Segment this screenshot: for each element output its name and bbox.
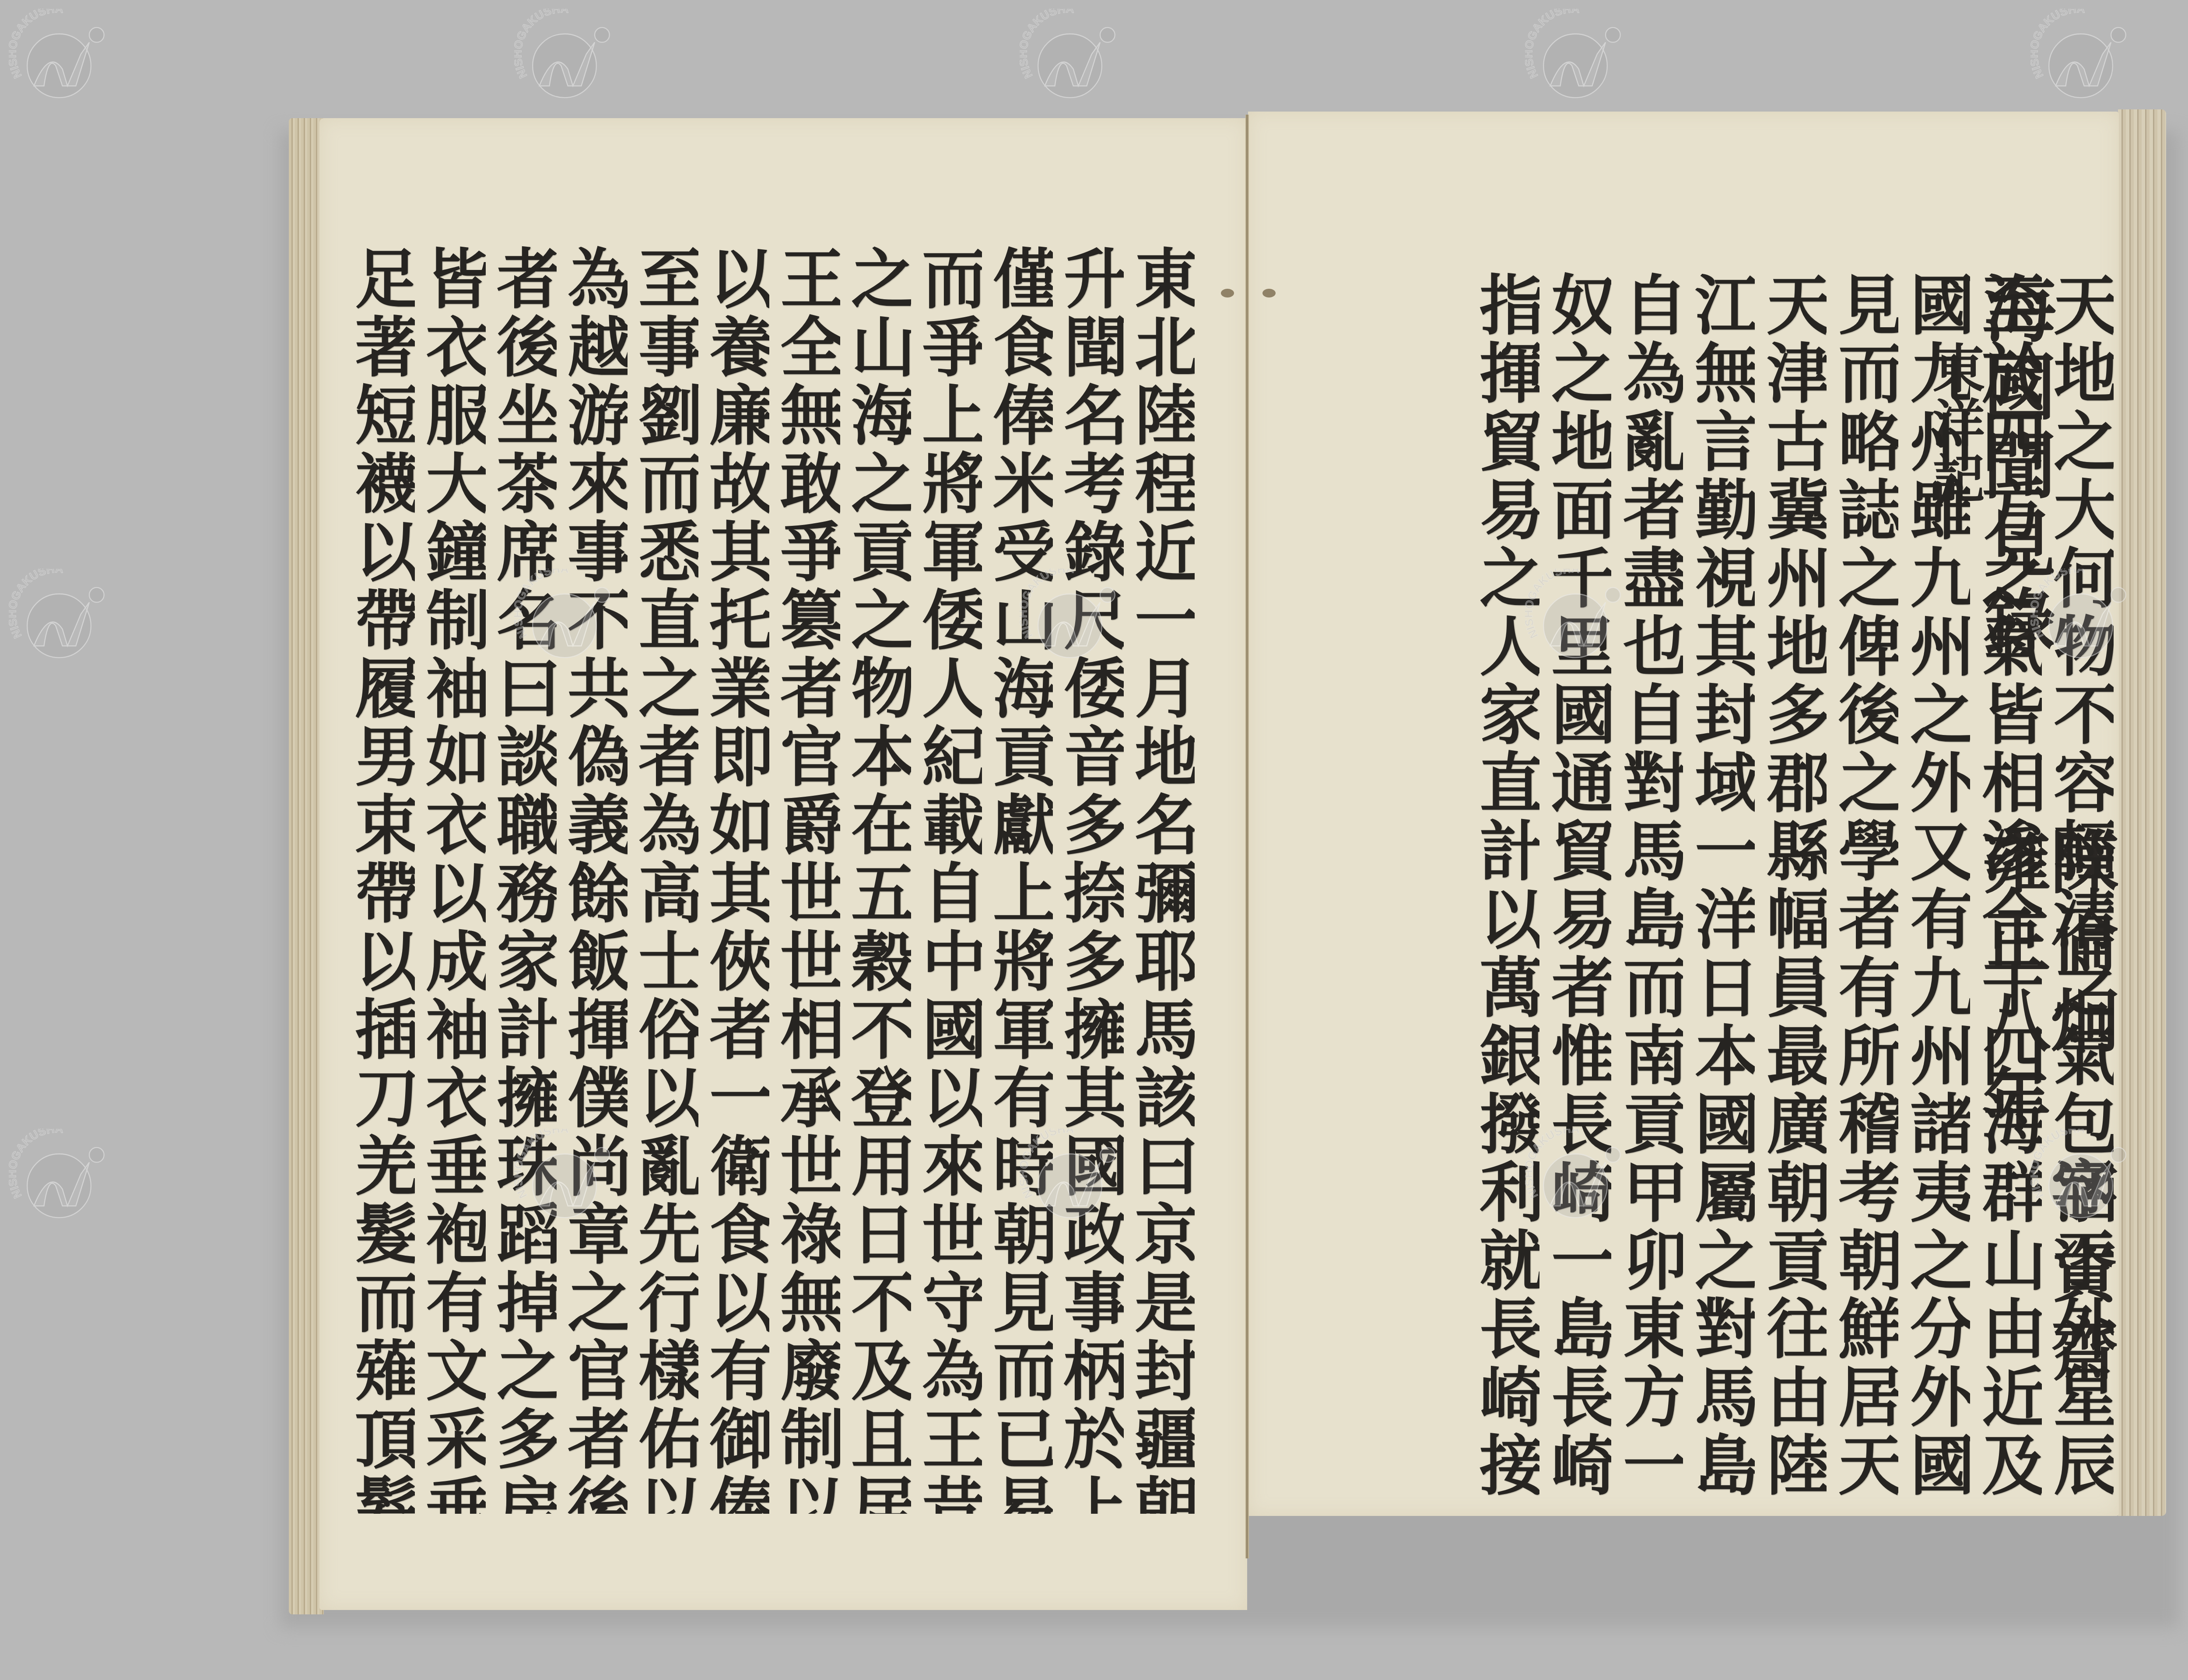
text-column: 為越游來事不共偽義餘飯揮僕尚章之官者後坐如茶席貿 — [557, 245, 628, 1514]
wormhole-mark — [1262, 289, 1276, 297]
text-column: 自為亂者盡也自對馬島而南貢甲卯東方一帶七十二島皆日本倭 — [1611, 271, 1683, 1496]
text-column: 東北陸程近一月地名彌耶馬該曰京是封疆朝王服中國衣冠 — [1124, 245, 1195, 1514]
text-column: 奴之地面千里國通貿易者惟長崎一島長崎每年來往通販供億 — [1539, 271, 1611, 1496]
svg-text:NISHOGAKUSHA: NISHOGAKUSHA — [9, 1129, 64, 1200]
text-column: 而爭上將軍倭人紀載自中國以來世守為王昔時上將軍曾篡 — [911, 245, 982, 1514]
nishogakusha-logo-icon: NISHOGAKUSHA — [1525, 9, 1626, 109]
text-column: 者後坐茶席名曰談職務家計擁珠蹈掉之多房為守岩男 — [486, 245, 557, 1514]
left-page-edges — [289, 118, 324, 1614]
svg-text:NISHOGAKUSHA: NISHOGAKUSHA — [9, 9, 64, 80]
text-column: 僅食俸米受山海貢獻上將軍有時朝見而已易代爭奪不爭王 — [982, 245, 1053, 1514]
right-page-edges — [2118, 109, 2166, 1516]
nishogakusha-logo-icon: NISHOGAKUSHA — [514, 9, 615, 109]
text-column: 皆衣服大鐘制袖如衣以成袖衣垂袍有文采垂用束髻哀繞 — [415, 245, 486, 1514]
text-column: 足著短襪以帶履男束帶以插刀羌髮而薙頂髮留髮墳髮 — [344, 245, 415, 1514]
text-column: 江無言勤視其封域一洋日本國屬之對馬島順風一晝可抵明州 — [1683, 271, 1755, 1496]
left-page-text: 東北陸程近一月地名彌耶馬該曰京是封疆朝王服中國衣冠 升聞名考錄尺倭音多捺多擁其國… — [341, 245, 1195, 1514]
text-column: 之山海之貢之物本在五穀不登用日不及且居任位世後順其如故 — [840, 245, 911, 1514]
text-column: 至事劉而悉直之者為高士俗以亂先行樣佑以深撂衙術時 — [628, 245, 698, 1514]
text-column: 天津古冀州地多郡縣幅員最廣朝貢往由陸行貴興國備 — [1755, 271, 1827, 1496]
text-column: 以養廉故其托業即如其俠者一衛食以有御俸世嘉賜其五十 — [698, 245, 769, 1514]
svg-text:NISHOGAKUSHA: NISHOGAKUSHA — [1020, 9, 1075, 80]
wormhole-mark — [1221, 289, 1234, 297]
right-page-text: 天地之大何物不容輕清之氣包涵于外星辰日月 至於四方之氣皆相滲合于四海群山由近及遠… — [1396, 271, 2114, 1496]
text-column: 王全無敢爭篡者官爵世世相承世祿無廢制以刺生者為延祿習足 — [769, 245, 840, 1514]
text-column: 國九州雖九州之外又有九州諸夷之分外國地方海道人物風土 — [1898, 271, 1970, 1496]
nishogakusha-logo-icon: NISHOGAKUSHA — [9, 1129, 109, 1229]
svg-text:NISHOGAKUSHA: NISHOGAKUSHA — [2030, 9, 2086, 80]
svg-text:NISHOGAKUSHA: NISHOGAKUSHA — [514, 9, 569, 80]
svg-text:NISHOGAKUSHA: NISHOGAKUSHA — [9, 569, 64, 640]
text-column: 指揮貿易之人家直計以萬銀撥利就長崎接客均分國主居長崎 — [1468, 271, 1539, 1496]
text-column: 升聞名考錄尺倭音多捺多擁其國政事柄於上將軍王者不與 — [1053, 245, 1124, 1514]
text-column: 至於四方之氣皆相滲合于四海群山由近及遠莫出範圍 — [1970, 271, 2042, 1496]
nishogakusha-logo-icon: NISHOGAKUSHA — [2030, 9, 2131, 109]
nishogakusha-logo-icon: NISHOGAKUSHA — [9, 9, 109, 109]
nishogakusha-logo-icon: NISHOGAKUSHA — [9, 569, 109, 669]
book-gutter — [1245, 115, 1249, 1558]
svg-text:NISHOGAKUSHA: NISHOGAKUSHA — [1525, 9, 1580, 80]
text-column: 天地之大何物不容輕清之氣包涵于外星辰日月 — [2042, 271, 2114, 1496]
nishogakusha-logo-icon: NISHOGAKUSHA — [1020, 9, 1120, 109]
text-column: 見而略誌之俾後之學者有所稽考朝鮮居天地之良方朕盛京 — [1827, 271, 1898, 1496]
